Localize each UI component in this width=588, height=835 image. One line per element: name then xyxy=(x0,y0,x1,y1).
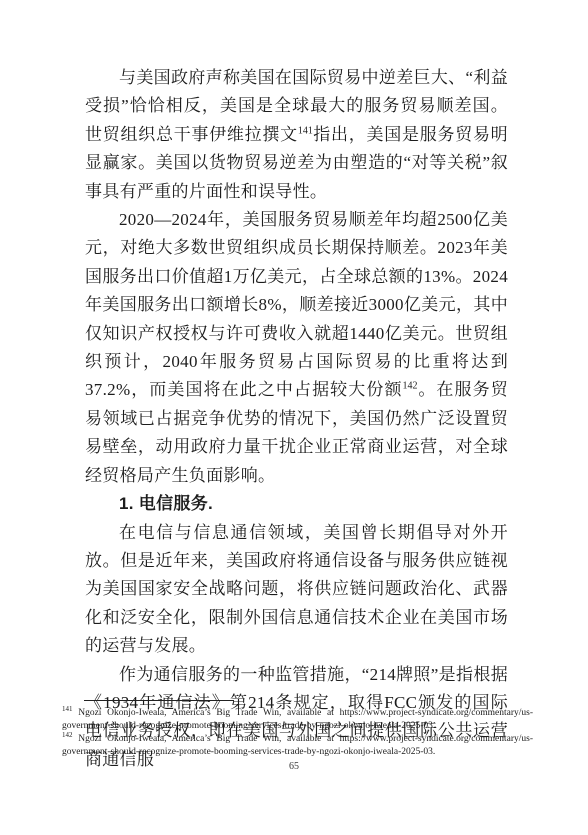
paragraph-services-statistics: 2020—2024年，美国服务贸易顺差年均超2500亿美元，对绝大多数世贸组织成… xyxy=(85,206,508,490)
paragraph-services-surplus-intro: 与美国政府声称美国在国际贸易中逆差巨大、“利益受损”恰恰相反，美国是全球最大的服… xyxy=(85,64,508,206)
footnote-text: Ngozi Okonjo-Iweala, America’s Big Trade… xyxy=(62,734,533,757)
paragraph-text: 2020—2024年，美国服务贸易顺差年均超2500亿美元，对绝大多数世贸组织成… xyxy=(85,210,508,399)
document-page: 与美国政府声称美国在国际贸易中逆差巨大、“利益受损”恰恰相反，美国是全球最大的服… xyxy=(0,0,588,835)
footnote-141: 141 Ngozi Okonjo-Iweala, America’s Big T… xyxy=(62,707,533,733)
page-number: 65 xyxy=(0,761,588,772)
footnote-marker: 141 xyxy=(62,705,73,713)
footnote-142: 142 Ngozi Okonjo-Iweala, America’s Big T… xyxy=(62,733,533,759)
footnote-marker: 142 xyxy=(62,731,73,739)
page-body: 与美国政府声称美国在国际贸易中逆差巨大、“利益受损”恰恰相反，美国是全球最大的服… xyxy=(85,64,508,774)
footnote-ref-142: 142 xyxy=(403,381,418,392)
paragraph-telecom-policy: 在电信与信息通信领域，美国曾长期倡导对外开放。但是近年来，美国政府将通信设备与服… xyxy=(85,519,508,661)
footnotes-section: 141 Ngozi Okonjo-Iweala, America’s Big T… xyxy=(62,700,533,759)
footnote-text: Ngozi Okonjo-Iweala, America’s Big Trade… xyxy=(62,708,533,731)
footnote-separator xyxy=(84,700,234,701)
footnote-ref-141: 141 xyxy=(298,125,313,136)
section-heading-telecom-services: 1. 电信服务. xyxy=(85,490,508,518)
